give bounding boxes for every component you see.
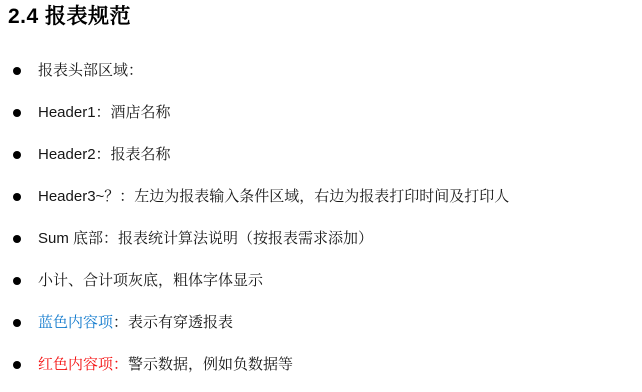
list-item: Header1：酒店名称	[0, 105, 642, 121]
list-item: 蓝色内容项：表示有穿透报表	[0, 315, 642, 331]
list-item-text: Header3~？：左边为报表输入条件区域，右边为报表打印时间及打印人	[38, 188, 509, 205]
list-item: 报表头部区域：	[0, 63, 642, 79]
list-item: 红色内容项：警示数据，例如负数据等	[0, 357, 642, 373]
list-item-text: ：表示有穿透报表	[113, 314, 233, 331]
bullet-icon	[13, 319, 21, 327]
list-item-text: 报表头部区域：	[38, 62, 143, 79]
list-item: 小计、合计项灰底，粗体字体显示	[0, 273, 642, 289]
list-item: Sum 底部：报表统计算法说明（按报表需求添加）	[0, 231, 642, 247]
bullet-icon	[13, 67, 21, 75]
bullet-icon	[13, 235, 21, 243]
list-item-text: Header2：报表名称	[38, 146, 171, 163]
bullet-icon	[13, 151, 21, 159]
list-item-text: 小计、合计项灰底，粗体字体显示	[38, 272, 263, 289]
list-item-text: Sum 底部：报表统计算法说明（按报表需求添加）	[38, 230, 373, 247]
bullet-icon	[13, 193, 21, 201]
bullet-icon	[13, 109, 21, 117]
list-item: Header2：报表名称	[0, 147, 642, 163]
highlight-red-text: 红色内容项：	[38, 356, 128, 373]
list-item-text: Header1：酒店名称	[38, 104, 171, 121]
page-title: 2.4 报表规范	[8, 4, 642, 30]
bullet-list: 报表头部区域： Header1：酒店名称 Header2：报表名称 Header…	[0, 63, 642, 373]
bullet-icon	[13, 277, 21, 285]
list-item: Header3~？：左边为报表输入条件区域，右边为报表打印时间及打印人	[0, 189, 642, 205]
highlight-blue-text: 蓝色内容项	[38, 314, 113, 331]
bullet-icon	[13, 361, 21, 369]
list-item-text: 警示数据，例如负数据等	[128, 356, 293, 373]
